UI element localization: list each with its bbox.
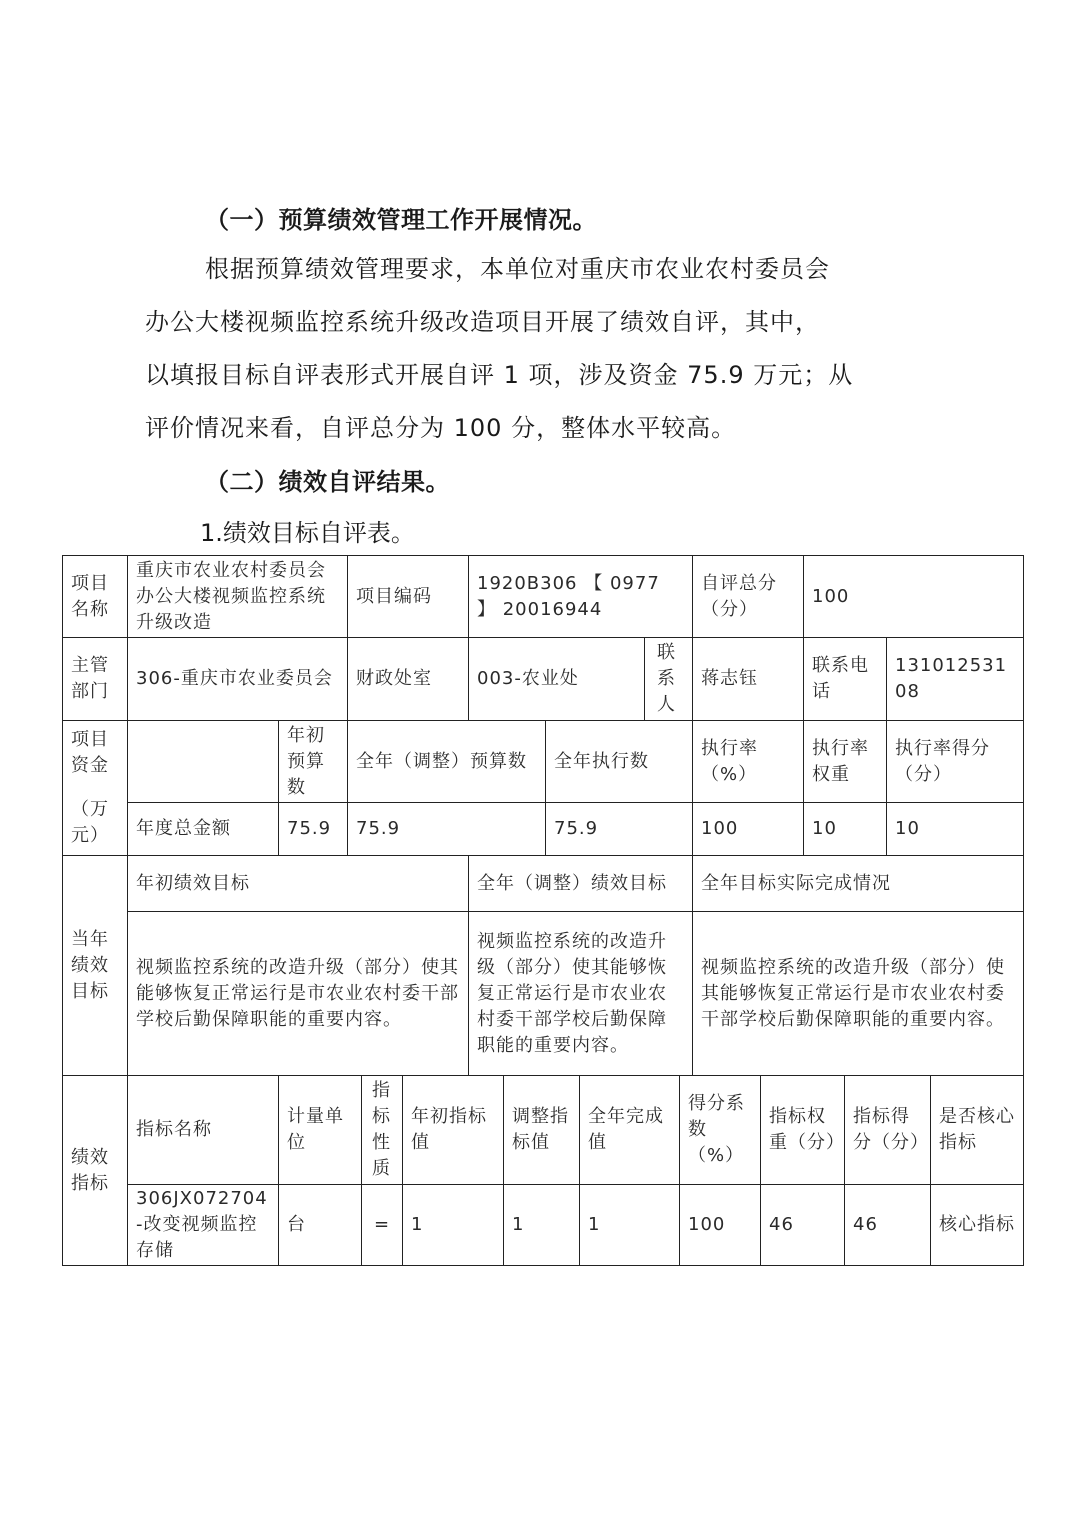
- phone-value: 13101253108: [886, 637, 1024, 721]
- indicator-header: 指标权重（分）: [760, 1075, 845, 1185]
- funds-value: 75.9: [545, 802, 693, 856]
- funds-label: 项目资金 （万元）: [62, 720, 128, 856]
- goals-header: 年初绩效目标: [127, 855, 469, 912]
- finance-value: 003-农业处: [468, 637, 645, 721]
- funds-header: 年初预算数: [278, 720, 348, 803]
- indicator-header: 指标性质: [361, 1075, 403, 1185]
- goal-adjusted: 视频监控系统的改造升级（部分）使其能够恢复正常运行是市农业农村委干部学校后勤保障…: [468, 911, 693, 1076]
- funds-value: 75.9: [347, 802, 546, 856]
- body-line: 办公大楼视频监控系统升级改造项目开展了绩效自评，其中，: [145, 296, 945, 349]
- funds-header: 全年（调整）预算数: [347, 720, 546, 803]
- funds-value: 10: [803, 802, 887, 856]
- dept-value: 306-重庆市农业委员会: [127, 637, 348, 721]
- contact-label: 联系人: [644, 637, 693, 721]
- funds-row-label: 年度总金额: [127, 802, 279, 856]
- funds-value: 75.9: [278, 802, 348, 856]
- indicator-adjusted-value: 1: [503, 1184, 580, 1266]
- goals-header: 全年（调整）绩效目标: [468, 855, 693, 912]
- indicator-weight: 46: [760, 1184, 845, 1266]
- funds-header: 全年执行数: [545, 720, 693, 803]
- indicator-header: 指标得分（分）: [844, 1075, 931, 1185]
- indicator-actual-value: 1: [579, 1184, 680, 1266]
- funds-value: 100: [692, 802, 804, 856]
- dept-label: 主管部门: [62, 637, 128, 721]
- finance-label: 财政处室: [347, 637, 469, 721]
- phone-label: 联系电话: [803, 637, 887, 721]
- project-code-value: 1920B306 【 0977 】 20016944: [468, 555, 693, 638]
- body-line: 根据预算绩效管理要求，本单位对重庆市农业农村委员会: [145, 243, 945, 296]
- indicator-header: 指标名称: [127, 1075, 279, 1185]
- indicator-is-core: 核心指标: [930, 1184, 1024, 1266]
- indicator-score-coefficient: 100: [679, 1184, 761, 1266]
- section2-heading: （二）绩效自评结果。: [205, 462, 450, 497]
- indicators-label: 绩效指标: [62, 1075, 128, 1266]
- indicator-nature: =: [361, 1184, 403, 1266]
- section1-body: 根据预算绩效管理要求，本单位对重庆市农业农村委员会 办公大楼视频监控系统升级改造…: [145, 243, 945, 455]
- indicator-header: 全年完成值: [579, 1075, 680, 1185]
- project-code-label: 项目编码: [347, 555, 469, 638]
- funds-value: 10: [886, 802, 1024, 856]
- goals-label: 当年绩效目标: [62, 855, 128, 1076]
- project-name-label: 项目名称: [62, 555, 128, 638]
- indicator-header: 是否核心指标: [930, 1075, 1024, 1185]
- funds-header: 执行率（%）: [692, 720, 804, 803]
- section2-subheading: 1.绩效目标自评表。: [200, 513, 415, 548]
- funds-header-blank: [127, 720, 279, 803]
- indicator-name: 306JX072704-改变视频监控存储: [127, 1184, 279, 1266]
- funds-header: 执行率得分（分）: [886, 720, 1024, 803]
- indicator-header: 得分系数（%）: [679, 1075, 761, 1185]
- section1-heading: （一）预算绩效管理工作开展情况。: [205, 200, 597, 235]
- goal-actual: 视频监控系统的改造升级（部分）使其能够恢复正常运行是市农业农村委干部学校后勤保障…: [692, 911, 1024, 1076]
- total-score-label: 自评总分（分）: [692, 555, 804, 638]
- indicator-header: 计量单位: [278, 1075, 362, 1185]
- indicator-score: 46: [844, 1184, 931, 1266]
- indicator-header: 调整指标值: [503, 1075, 580, 1185]
- indicator-unit: 台: [278, 1184, 362, 1266]
- body-line: 以填报目标自评表形式开展自评 1 项，涉及资金 75.9 万元；从: [145, 349, 945, 402]
- project-name-value: 重庆市农业农村委员会办公大楼视频监控系统升级改造: [127, 555, 348, 638]
- funds-header: 执行率权重: [803, 720, 887, 803]
- contact-value: 蒋志钰: [692, 637, 804, 721]
- indicator-initial-value: 1: [402, 1184, 504, 1266]
- goals-header: 全年目标实际完成情况: [692, 855, 1024, 912]
- goal-initial: 视频监控系统的改造升级（部分）使其能够恢复正常运行是市农业农村委干部学校后勤保障…: [127, 911, 469, 1076]
- total-score-value: 100: [803, 555, 1024, 638]
- indicator-header: 年初指标值: [402, 1075, 504, 1185]
- body-line: 评价情况来看，自评总分为 100 分，整体水平较高。: [145, 402, 945, 455]
